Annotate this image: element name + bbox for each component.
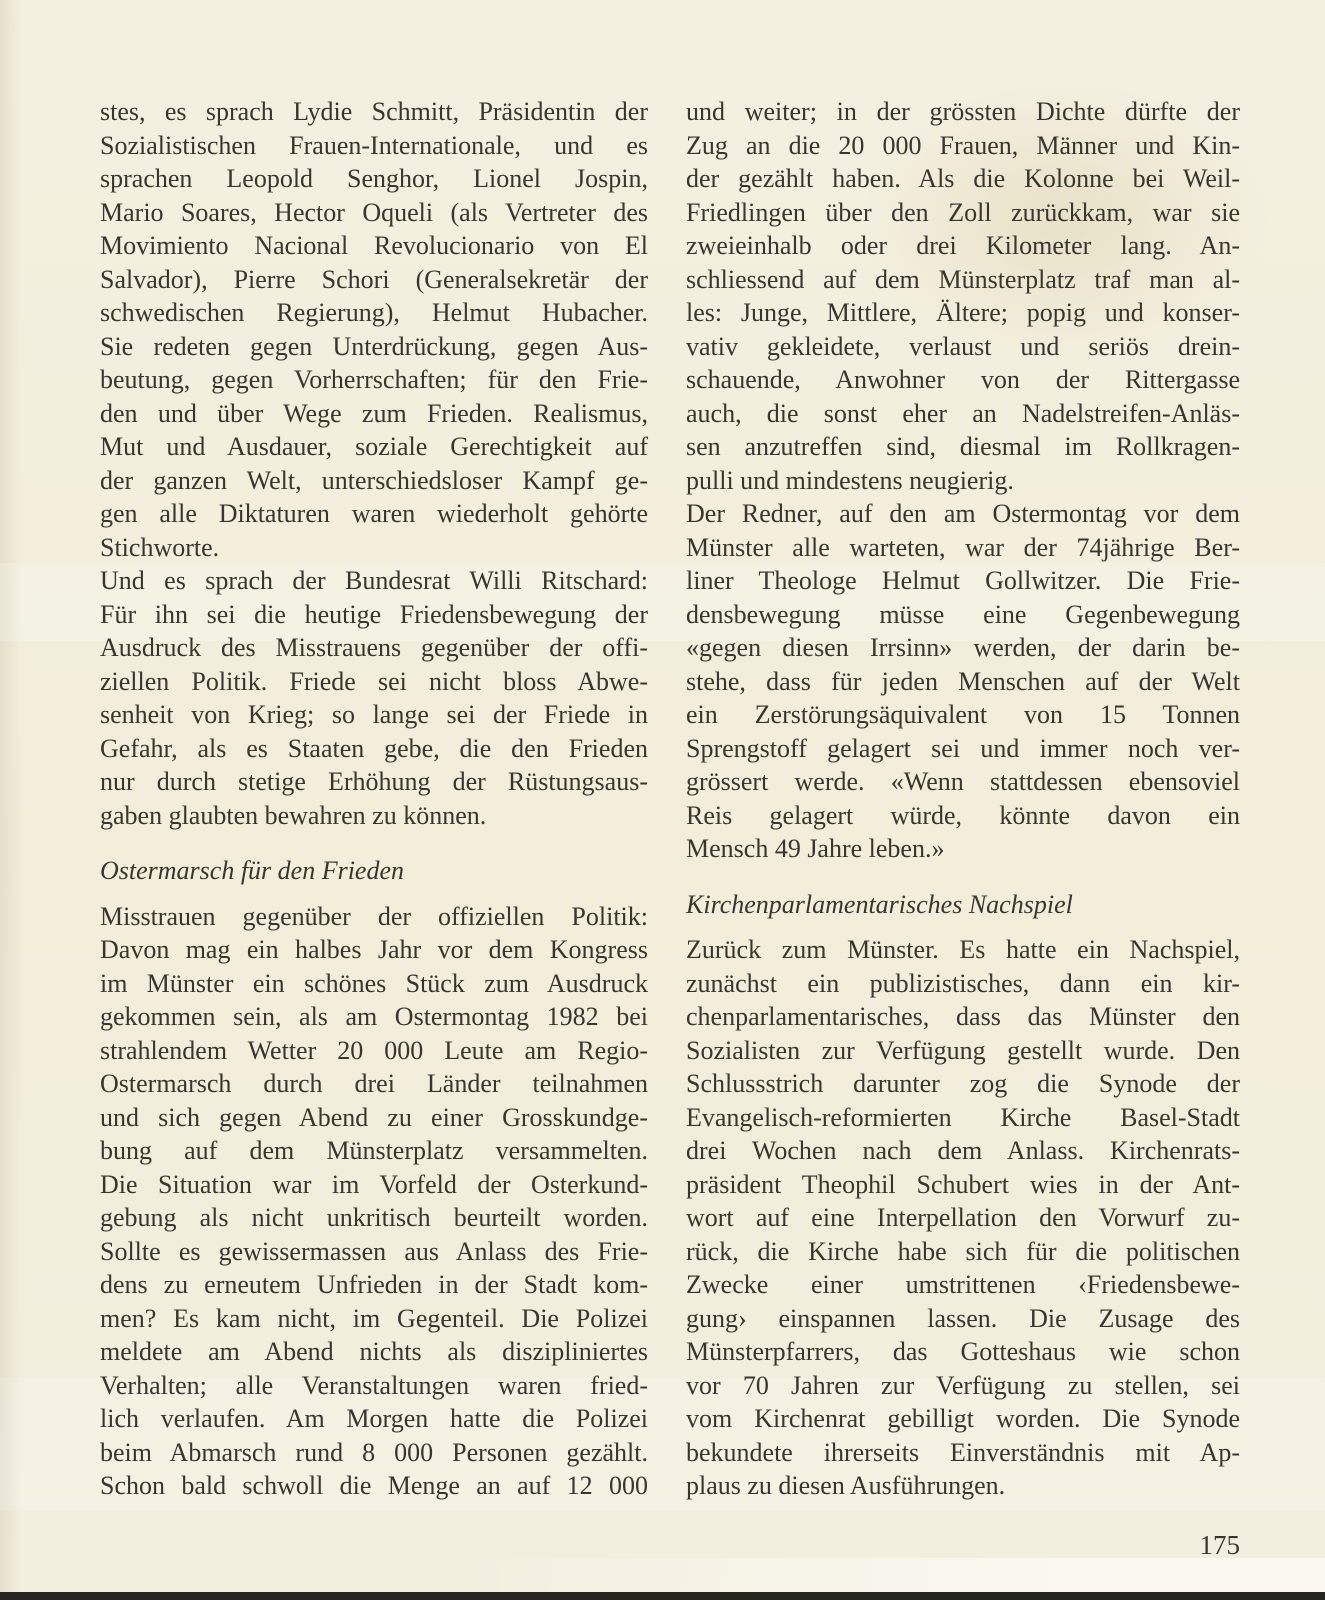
text-line: gung› einspannen lassen. Die Zusage des [686,1302,1240,1336]
text-line: Und es sprach der Bundesrat Willi Ritsch… [100,564,648,598]
text-line: Schon bald schwoll die Menge an auf 12 0… [100,1469,648,1503]
text-line: rück, die Kirche habe sich für die polit… [686,1235,1240,1269]
text-line: schliessend auf dem Münsterplatz traf ma… [686,263,1240,297]
text-line: der ganzen Welt, unterschiedsloser Kampf… [100,464,648,498]
text-line: vor 70 Jahren zur Verfügung zu stellen, … [686,1369,1240,1403]
text-line: ein Zerstörungsäquivalent von 15 Tonnen [686,698,1240,732]
text-line: Zurück zum Münster. Es hatte ein Nachspi… [686,933,1240,967]
text-line: Salvador), Pierre Schori (Generalsekretä… [100,263,648,297]
text-line: bung auf dem Münsterplatz versammelten. [100,1134,648,1168]
book-page: stes, es sprach Lydie Schmitt, Präsident… [0,0,1325,1600]
text-line: Ostermarsch durch drei Länder teilnahmen [100,1067,648,1101]
text-line: Stichworte. [100,531,648,565]
text-line: Friedlingen über den Zoll zurückkam, war… [686,196,1240,230]
text-line: Davon mag ein halbes Jahr vor dem Kongre… [100,933,648,967]
text-line: schwedischen Regierung), Helmut Hubacher… [100,296,648,330]
text-line: auch, die sonst eher an Nadelstreifen-An… [686,397,1240,431]
text-line: zunächst ein publizistisches, dann ein k… [686,967,1240,1001]
text-line: Evangelisch-reformierten Kirche Basel-St… [686,1101,1240,1135]
text-column-right: und weiter; in der grössten Dichte dürft… [686,95,1240,1503]
text-line: gebung als nicht unkritisch beurteilt wo… [100,1201,648,1235]
text-line: gaben glaubten bewahren zu können. [100,799,648,833]
text-line: Mensch 49 Jahre leben.» [686,832,1240,866]
text-line: bekundete ihrerseits Einverständnis mit … [686,1436,1240,1470]
text-line: den und über Wege zum Frieden. Realismus… [100,397,648,431]
page-number: 175 [1180,1530,1240,1561]
section-heading: Kirchenparlamentarisches Nachspiel [686,888,1240,922]
text-line: Die Situation war im Vorfeld der Osterku… [100,1168,648,1202]
text-line: Verhalten; alle Veranstaltungen waren fr… [100,1369,648,1403]
text-line: wort auf eine Interpellation den Vorwurf… [686,1201,1240,1235]
text-line: Mut und Ausdauer, soziale Gerechtigkeit … [100,430,648,464]
text-line: beim Abmarsch rund 8 000 Personen gezähl… [100,1436,648,1470]
text-line: Misstrauen gegenüber der offiziellen Pol… [100,900,648,934]
section-heading: Ostermarsch für den Frieden [100,854,648,888]
text-line: Gefahr, als es Staaten gebe, die den Fri… [100,732,648,766]
text-line: Münster alle warteten, war der 74jährige… [686,531,1240,565]
text-line: Mario Soares, Hector Oqueli (als Vertret… [100,196,648,230]
text-line: pulli und mindestens neugierig. [686,464,1240,498]
text-line: Zug an die 20 000 Frauen, Männer und Kin… [686,129,1240,163]
text-line: im Münster ein schönes Stück zum Ausdruc… [100,967,648,1001]
text-line: Movimiento Nacional Revolucionario von E… [100,229,648,263]
text-line: vom Kirchenrat gebilligt worden. Die Syn… [686,1402,1240,1436]
text-line: und weiter; in der grössten Dichte dürft… [686,95,1240,129]
text-line: densbewegung müsse eine Gegenbewegung [686,598,1240,632]
text-line: nur durch stetige Erhöhung der Rüstungsa… [100,765,648,799]
text-line: präsident Theophil Schubert wies in der … [686,1168,1240,1202]
text-line: und sich gegen Abend zu einer Grosskundg… [100,1101,648,1135]
text-line: lich verlaufen. Am Morgen hatte die Poli… [100,1402,648,1436]
text-line: liner Theologe Helmut Gollwitzer. Die Fr… [686,564,1240,598]
text-line: sprachen Leopold Senghor, Lionel Jospin, [100,162,648,196]
text-line: Reis gelagert würde, könnte davon ein [686,799,1240,833]
text-line: Ausdruck des Misstrauens gegenüber der o… [100,631,648,665]
text-line: plaus zu diesen Ausführungen. [686,1469,1240,1503]
text-line: zweieinhalb oder drei Kilometer lang. An… [686,229,1240,263]
text-line: der gezählt haben. Als die Kolonne bei W… [686,162,1240,196]
text-line: Münsterpfarrers, das Gotteshaus wie scho… [686,1335,1240,1369]
text-column-left: stes, es sprach Lydie Schmitt, Präsident… [100,95,648,1503]
text-line: drei Wochen nach dem Anlass. Kirchenrats… [686,1134,1240,1168]
scan-left-shadow [0,0,22,1600]
text-line: les: Junge, Mittlere, Ältere; popig und … [686,296,1240,330]
text-line: men? Es kam nicht, im Gegenteil. Die Pol… [100,1302,648,1336]
text-line: sen anzutreffen sind, diesmal im Rollkra… [686,430,1240,464]
text-line: Sollte es gewissermassen aus Anlass des … [100,1235,648,1269]
text-line: grössert werde. «Wenn stattdessen ebenso… [686,765,1240,799]
text-line: Sprengstoff gelagert sei und immer noch … [686,732,1240,766]
text-line: Sozialisten zur Verfügung gestellt wurde… [686,1034,1240,1068]
text-line: schauende, Anwohner von der Rittergasse [686,363,1240,397]
text-line: stes, es sprach Lydie Schmitt, Präsident… [100,95,648,129]
text-line: ziellen Politik. Friede sei nicht bloss … [100,665,648,699]
text-line: senheit von Krieg; so lange sei der Frie… [100,698,648,732]
text-line: Schlussstrich darunter zog die Synode de… [686,1067,1240,1101]
text-line: gekommen sein, als am Ostermontag 1982 b… [100,1000,648,1034]
text-line: beutung, gegen Vorherrschaften; für den … [100,363,648,397]
text-line: Der Redner, auf den am Ostermontag vor d… [686,497,1240,531]
text-line: Sozialistischen Frauen-Internationale, u… [100,129,648,163]
text-line: Zwecke einer umstrittenen ‹Friedensbewe- [686,1268,1240,1302]
text-line: vativ gekleidete, verlaust und seriös dr… [686,330,1240,364]
scan-edge [0,1592,1325,1600]
text-line: stehe, dass für jeden Menschen auf der W… [686,665,1240,699]
scan-bottom-glare [0,1558,1325,1593]
text-line: strahlendem Wetter 20 000 Leute am Regio… [100,1034,648,1068]
text-line: gen alle Diktaturen waren wiederholt geh… [100,497,648,531]
text-line: dens zu erneutem Unfrieden in der Stadt … [100,1268,648,1302]
text-line: meldete am Abend nichts als disziplinier… [100,1335,648,1369]
text-line: Sie redeten gegen Unterdrückung, gegen A… [100,330,648,364]
text-line: Für ihn sei die heutige Friedensbewegung… [100,598,648,632]
text-line: chenparlamentarisches, dass das Münster … [686,1000,1240,1034]
text-line: «gegen diesen Irrsinn» werden, der darin… [686,631,1240,665]
